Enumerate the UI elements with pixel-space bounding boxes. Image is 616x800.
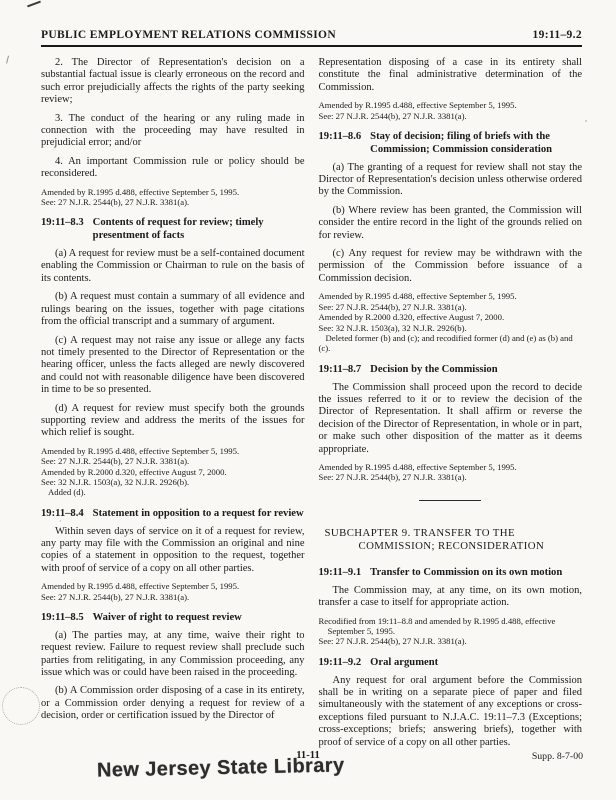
note-line: See: 27 N.J.R. 2544(b), 27 N.J.R. 3381(a… [41,456,305,466]
note-line: Recodified from 19:11–8.8 and amended by… [319,616,583,637]
subchapter-line: SUBCHAPTER 9. TRANSFER TO THE [319,527,583,541]
note-line: Amended by R.1995 d.488, effective Septe… [319,100,583,110]
section-title: Stay of decision; filing of briefs with … [370,131,582,157]
section-heading: 19:11–9.2Oral argument [319,657,583,670]
note-line: See: 27 N.J.R. 2544(b), 27 N.J.R. 3381(a… [319,111,583,121]
section-title: Waiver of right to request review [93,612,242,625]
subchapter-line: COMMISSION; RECONSIDERATION [319,540,583,554]
separator-rule [419,500,481,501]
note-line: Amended by R.1995 d.488, effective Septe… [41,187,305,197]
section-number: 19:11–8.5 [41,612,84,625]
paragraph: (c) Any request for review may be withdr… [319,248,583,285]
section-heading: 19:11–8.7Decision by the Commission [319,364,583,377]
section-title: Transfer to Commission on its own motion [370,567,562,580]
note-line: See: 27 N.J.R. 2544(b), 27 N.J.R. 3381(a… [41,592,305,602]
note-line: See: 27 N.J.R. 2544(b), 27 N.J.R. 3381(a… [319,472,583,482]
amendment-note: Amended by R.1995 d.488, effective Septe… [319,462,583,483]
paragraph: (d) A request for review must specify bo… [41,403,305,440]
section-number: 19:11–8.4 [41,508,84,521]
paragraph: The Commission shall proceed upon the re… [319,382,583,456]
left-column: 2. The Director of Representation's deci… [41,57,305,755]
section-number: 19:11–9.1 [319,567,362,580]
paragraph: 2. The Director of Representation's deci… [41,57,305,107]
amendment-note: Amended by R.1995 d.488, effective Septe… [319,291,583,353]
note-line: Deleted former (b) and (c); and recodifi… [319,333,583,354]
document-page: PUBLIC EMPLOYMENT RELATIONS COMMISSION 1… [0,0,616,800]
note-line: Added (d). [41,487,305,497]
section-heading: 19:11–8.6Stay of decision; filing of bri… [319,131,583,157]
note-line: Amended by R.1995 d.488, effective Septe… [41,581,305,591]
section-heading: 19:11–9.1Transfer to Commission on its o… [319,567,583,580]
paragraph: 3. The conduct of the hearing or any rul… [41,113,305,150]
note-line: See: 32 N.J.R. 1503(a), 32 N.J.R. 2926(b… [41,477,305,487]
paragraph: Representation disposing of a case in it… [319,57,583,94]
note-line: See: 32 N.J.R. 1503(a), 32 N.J.R. 2926(b… [319,323,583,333]
paragraph: Within seven days of service on it of a … [41,526,305,576]
note-line: Amended by R.1995 d.488, effective Septe… [41,446,305,456]
amendment-note: Amended by R.1995 d.488, effective Septe… [319,100,583,121]
note-line: Amended by R.2000 d.320, effective Augus… [41,467,305,477]
paragraph: (b) Where review has been granted, the C… [319,205,583,242]
section-number: 19:11–8.7 [319,364,362,377]
note-line: Amended by R.2000 d.320, effective Augus… [319,312,583,322]
paragraph: Any request for oral argument before the… [319,675,583,749]
note-line: See: 27 N.J.R. 2544(b), 27 N.J.R. 3381(a… [41,197,305,207]
paragraph: (a) The parties may, at any time, waive … [41,630,305,680]
supplement-date: Supp. 8-7-00 [532,751,583,762]
scan-mark [6,56,12,65]
section-number: 19:11–9.2 [319,657,362,670]
paragraph: (c) A request may not raise any issue or… [41,335,305,397]
paragraph: (b) A request must contain a summary of … [41,291,305,328]
paragraph: The Commission may, at any time, on its … [319,585,583,610]
paragraph: 4. An important Commission rule or polic… [41,156,305,181]
amendment-note: Amended by R.1995 d.488, effective Septe… [41,446,305,498]
scan-mark [27,1,41,8]
hole-punch-mark [2,687,40,725]
text-columns: 2. The Director of Representation's deci… [41,57,582,755]
section-heading: 19:11–8.5Waiver of right to request revi… [41,612,305,625]
amendment-note: Amended by R.1995 d.488, effective Septe… [41,187,305,208]
header-section-ref: 19:11–9.2 [533,29,582,41]
right-column: Representation disposing of a case in it… [319,57,583,755]
section-title: Statement in opposition to a request for… [93,508,304,521]
amendment-note: Recodified from 19:11–8.8 and amended by… [319,616,583,647]
note-line: Amended by R.1995 d.488, effective Septe… [319,462,583,472]
note-line: Amended by R.1995 d.488, effective Septe… [319,291,583,301]
section-number: 19:11–8.3 [41,217,84,243]
section-heading: 19:11–8.3Contents of request for review;… [41,217,305,243]
note-line: See: 27 N.J.R. 2544(b), 27 N.J.R. 3381(a… [319,636,583,646]
paragraph: (a) A request for review must be a self-… [41,248,305,285]
section-number: 19:11–8.6 [319,131,362,157]
header-title: PUBLIC EMPLOYMENT RELATIONS COMMISSION [41,29,336,41]
section-heading: 19:11–8.4Statement in opposition to a re… [41,508,305,521]
amendment-note: Amended by R.1995 d.488, effective Septe… [41,581,305,602]
section-title: Contents of request for review; timely p… [93,217,305,243]
section-title: Decision by the Commission [370,364,497,377]
paragraph: (b) A Commission order disposing of a ca… [41,685,305,722]
note-line: See: 27 N.J.R. 2544(b), 27 N.J.R. 3381(a… [319,302,583,312]
paragraph: (a) The granting of a request for review… [319,162,583,199]
section-title: Oral argument [370,657,438,670]
library-stamp: New Jersey State Library [97,754,345,782]
page-header: PUBLIC EMPLOYMENT RELATIONS COMMISSION 1… [41,29,582,47]
subchapter-heading: SUBCHAPTER 9. TRANSFER TO THECOMMISSION;… [319,527,583,554]
